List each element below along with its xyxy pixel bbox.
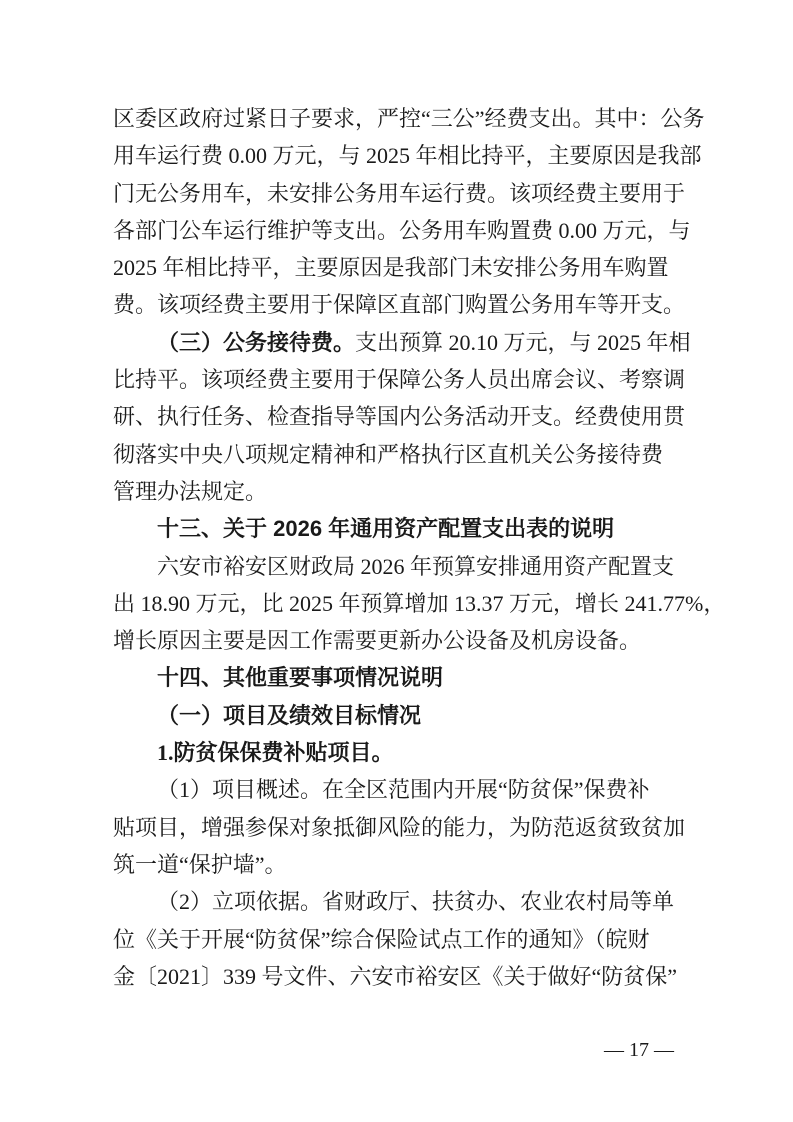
text-segment: 六安市裕安区财政局 2026 年预算安排通用资产配置支	[157, 554, 674, 579]
text-segment: 区委区政府过紧日子要求，严控“三公”经费支出。其中：公务	[113, 106, 705, 131]
text-segment: 贴项目，增强参保对象抵御风险的能力，为防范返贫致贫加	[113, 815, 685, 840]
text-segment: 十四、其他重要事项情况说明	[157, 665, 443, 690]
text-segment: 彻落实中央八项规定精神和严格执行区直机关公务接待费	[113, 442, 663, 467]
text-segment: （2）立项依据。省财政厅、扶贫办、农业农村局等单	[157, 889, 674, 914]
text-line: （1）项目概述。在全区范围内开展“防贫保”保费补	[113, 771, 683, 808]
text-segment: （一）项目及绩效目标情况	[157, 703, 421, 728]
text-line: 管理办法规定。	[113, 473, 683, 510]
text-line: 筑一道“保护墙”。	[113, 846, 683, 883]
document-content: 区委区政府过紧日子要求，严控“三公”经费支出。其中：公务用车运行费 0.00 万…	[113, 100, 683, 995]
text-line: 1.防贫保保费补贴项目。	[113, 734, 683, 771]
text-line: 十四、其他重要事项情况说明	[113, 659, 683, 696]
text-line: 金〔2021〕339 号文件、六安市裕安区《关于做好“防贫保”	[113, 958, 683, 995]
text-line: 增长原因主要是因工作需要更新办公设备及机房设备。	[113, 622, 683, 659]
page-number: — 17 —	[604, 1038, 674, 1062]
text-segment: 十三、关于 2026 年通用资产配置支出表的说明	[157, 516, 614, 541]
text-line: 位《关于开展“防贫保”综合保险试点工作的通知》（皖财	[113, 921, 683, 958]
text-segment: 1.防贫保保费补贴项目。	[157, 740, 394, 765]
text-segment: （三）公务接待费。	[157, 330, 355, 355]
text-segment: （1）项目概述。在全区范围内开展“防贫保”保费补	[157, 777, 650, 802]
text-line: （三）公务接待费。支出预算 20.10 万元，与 2025 年相	[113, 324, 683, 361]
text-line: （一）项目及绩效目标情况	[113, 697, 683, 734]
text-line: （2）立项依据。省财政厅、扶贫办、农业农村局等单	[113, 883, 683, 920]
document-page: 区委区政府过紧日子要求，严控“三公”经费支出。其中：公务用车运行费 0.00 万…	[0, 0, 793, 1122]
text-line: 彻落实中央八项规定精神和严格执行区直机关公务接待费	[113, 436, 683, 473]
text-line: 出 18.90 万元，比 2025 年预算增加 13.37 万元，增长 241.…	[113, 585, 683, 622]
text-segment: 筑一道“保护墙”。	[113, 852, 287, 877]
text-line: 研、执行任务、检查指导等国内公务活动开支。经费使用贯	[113, 398, 683, 435]
text-line: 比持平。该项经费主要用于保障公务人员出席会议、考察调	[113, 361, 683, 398]
text-segment: 位《关于开展“防贫保”综合保险试点工作的通知》（皖财	[113, 927, 650, 952]
text-segment: 研、执行任务、检查指导等国内公务活动开支。经费使用贯	[113, 404, 685, 429]
text-line: 区委区政府过紧日子要求，严控“三公”经费支出。其中：公务	[113, 100, 683, 137]
text-segment: 费。该项经费主要用于保障区直部门购置公务用车等开支。	[113, 292, 685, 317]
text-segment: 2025 年相比持平，主要原因是我部门未安排公务用车购置	[113, 255, 669, 280]
text-line: 门无公务用车，未安排公务用车运行费。该项经费主要用于	[113, 175, 683, 212]
text-segment: 支出预算 20.10 万元，与 2025 年相	[355, 330, 691, 355]
text-line: 费。该项经费主要用于保障区直部门购置公务用车等开支。	[113, 286, 683, 323]
text-segment: 比持平。该项经费主要用于保障公务人员出席会议、考察调	[113, 367, 685, 392]
text-segment: 金〔2021〕339 号文件、六安市裕安区《关于做好“防贫保”	[113, 964, 677, 989]
text-line: 用车运行费 0.00 万元，与 2025 年相比持平，主要原因是我部	[113, 137, 683, 174]
text-line: 各部门公车运行维护等支出。公务用车购置费 0.00 万元，与	[113, 212, 683, 249]
text-line: 贴项目，增强参保对象抵御风险的能力，为防范返贫致贫加	[113, 809, 683, 846]
text-segment: 各部门公车运行维护等支出。公务用车购置费 0.00 万元，与	[113, 218, 691, 243]
text-segment: 出 18.90 万元，比 2025 年预算增加 13.37 万元，增长 241.…	[113, 591, 725, 616]
text-segment: 门无公务用车，未安排公务用车运行费。该项经费主要用于	[113, 181, 685, 206]
text-segment: 管理办法规定。	[113, 479, 267, 504]
text-line: 十三、关于 2026 年通用资产配置支出表的说明	[113, 510, 683, 547]
text-line: 2025 年相比持平，主要原因是我部门未安排公务用车购置	[113, 249, 683, 286]
text-line: 六安市裕安区财政局 2026 年预算安排通用资产配置支	[113, 548, 683, 585]
text-segment: 用车运行费 0.00 万元，与 2025 年相比持平，主要原因是我部	[113, 143, 702, 168]
text-segment: 增长原因主要是因工作需要更新办公设备及机房设备。	[113, 628, 641, 653]
